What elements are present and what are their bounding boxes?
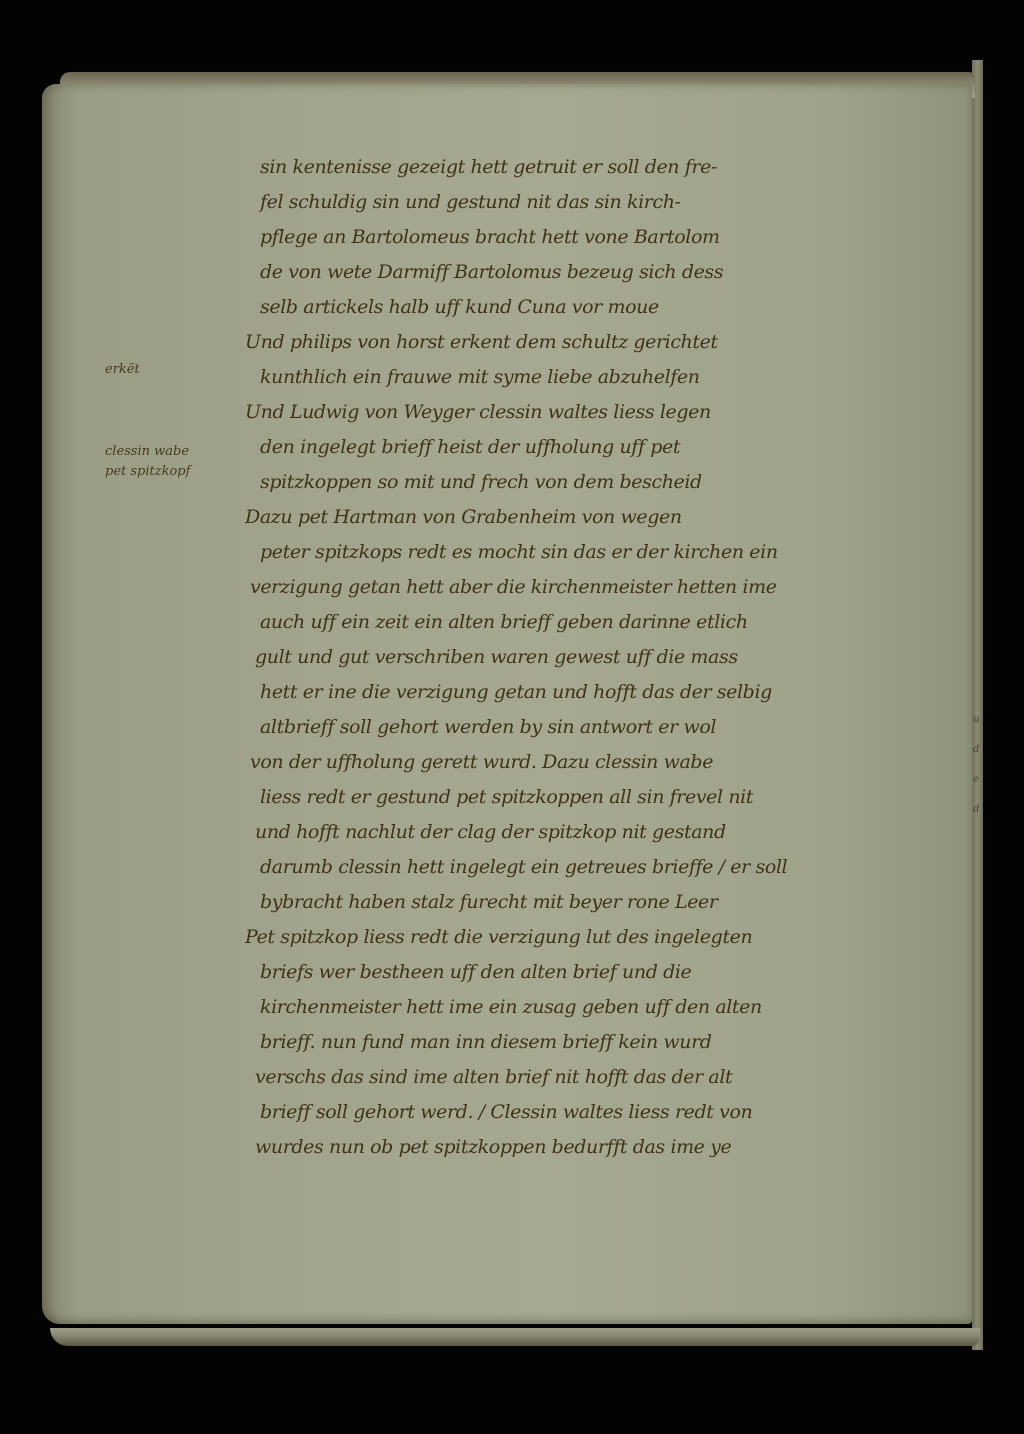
margin-note: erkët: [105, 360, 245, 380]
manuscript-text: sin kentenisse gezeigt hett getruit er s…: [245, 150, 965, 1165]
text-line: gult und gut verschriben waren gewest uf…: [245, 640, 965, 675]
text-line: peter spitzkops redt es mocht sin das er…: [245, 535, 965, 570]
page-bottom-edge: [50, 1328, 980, 1346]
text-fragment: e: [973, 765, 983, 795]
text-line: liess redt er gestund pet spitzkoppen al…: [245, 780, 965, 815]
text-line: und hofft nachlut der clag der spitzkop …: [245, 815, 965, 850]
text-line: pflege an Bartolomeus bracht hett vone B…: [245, 220, 965, 255]
text-line: selb artickels halb uff kund Cuna vor mo…: [245, 290, 965, 325]
text-line: briefs wer bestheen uff den alten brief …: [245, 955, 965, 990]
text-line: Und Ludwig von Weyger clessin waltes lie…: [245, 395, 965, 430]
margin-note: pet spitzkopf: [105, 462, 245, 482]
text-line: den ingelegt brieff heist der uffholung …: [245, 430, 965, 465]
text-line: Und philips von horst erkent dem schultz…: [245, 325, 965, 360]
text-line: sin kentenisse gezeigt hett getruit er s…: [245, 150, 965, 185]
text-line: spitzkoppen so mit und frech von dem bes…: [245, 465, 965, 500]
text-line: wurdes nun ob pet spitzkoppen bedurfft d…: [245, 1130, 965, 1165]
text-line: Pet spitzkop liess redt die verzigung lu…: [245, 920, 965, 955]
text-line: brieff. nun fund man inn diesem brieff k…: [245, 1025, 965, 1060]
text-line: altbrieff soll gehort werden by sin antw…: [245, 710, 965, 745]
text-line: hett er ine die verzigung getan und hoff…: [245, 675, 965, 710]
margin-notes: erkët clessin wabe pet spitzkopf: [105, 360, 245, 542]
text-line: darumb clessin hett ingelegt ein getreue…: [245, 850, 965, 885]
text-line: von der uffholung gerett wurd. Dazu cles…: [245, 745, 965, 780]
text-line: de von wete Darmiff Bartolomus bezeug si…: [245, 255, 965, 290]
text-fragment: u: [973, 705, 983, 735]
text-line: kunthlich ein frauwe mit syme liebe abzu…: [245, 360, 965, 395]
text-fragment: d: [973, 795, 983, 825]
text-line: Dazu pet Hartman von Grabenheim von wege…: [245, 500, 965, 535]
text-line: fel schuldig sin und gestund nit das sin…: [245, 185, 965, 220]
text-line: verschs das sind ime alten brief nit hof…: [245, 1060, 965, 1095]
text-line: auch uff ein zeit ein alten brieff geben…: [245, 605, 965, 640]
text-line: brieff soll gehort werd. / Clessin walte…: [245, 1095, 965, 1130]
text-line: verzigung getan hett aber die kirchenmei…: [245, 570, 965, 605]
text-line: kirchenmeister hett ime ein zusag geben …: [245, 990, 965, 1025]
text-fragment: d: [973, 735, 983, 765]
margin-note: clessin wabe: [105, 442, 245, 462]
text-line: bybracht haben stalz furecht mit beyer r…: [245, 885, 965, 920]
adjacent-page-text-fragments: u d e d: [973, 705, 983, 825]
